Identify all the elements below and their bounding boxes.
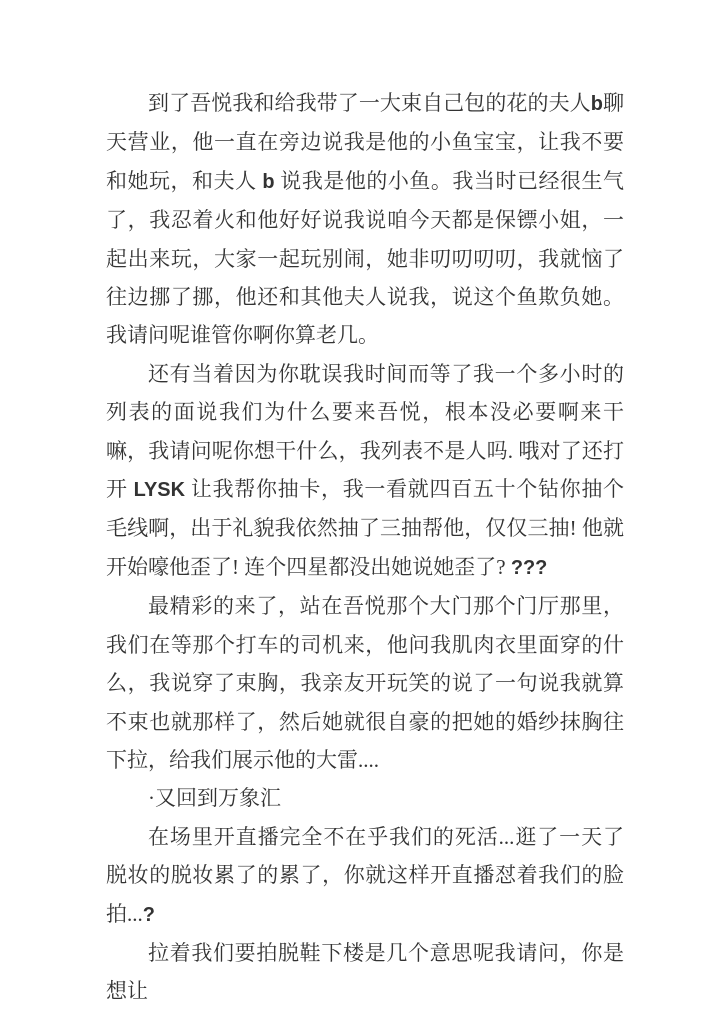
paragraph: 还有当着因为你耽误我时间而等了我一个多小时的列表的面说我们为什么要来吾悦，根本没…	[106, 355, 624, 587]
body-text: ·又回到万象汇	[148, 786, 281, 810]
paragraph: 最精彩的来了，站在吾悦那个大门那个门厅那里，我们在等那个打车的司机来，他问我肌肉…	[106, 587, 624, 779]
body-text: 到了吾悦我和给我带了一大束自己包的花的夫人	[148, 91, 591, 115]
document-page: 到了吾悦我和给我带了一大束自己包的花的夫人b聊天营业，他一直在旁边说我是他的小鱼…	[0, 0, 724, 1024]
emphasis-text: ???	[511, 557, 548, 579]
emphasis-text: b	[262, 171, 274, 193]
body-text: 在场里开直播完全不在乎我们的死活...逛了一天了脱妆的脱妆累了的累了，你就这样开…	[106, 825, 624, 926]
emphasis-text: LYSK	[134, 479, 185, 501]
body-text: 拉着我们要拍脱鞋下楼是几个意思呢我请问，你是想让	[106, 941, 624, 1003]
paragraph: 拉着我们要拍脱鞋下楼是几个意思呢我请问，你是想让	[106, 934, 624, 1011]
body-text: 最精彩的来了，站在吾悦那个大门那个门厅那里，我们在等那个打车的司机来，他问我肌肉…	[106, 594, 624, 772]
paragraph: ·又回到万象汇	[106, 779, 624, 817]
document-text: 到了吾悦我和给我带了一大束自己包的花的夫人b聊天营业，他一直在旁边说我是他的小鱼…	[106, 84, 624, 1011]
emphasis-text: b	[591, 93, 603, 115]
emphasis-text: ?	[143, 904, 155, 926]
body-text: 说我是他的小鱼。我当时已经很生气了，我忍着火和他好好说我说咱今天都是保镖小姐，一…	[106, 169, 624, 348]
paragraph: 到了吾悦我和给我带了一大束自己包的花的夫人b聊天营业，他一直在旁边说我是他的小鱼…	[106, 84, 624, 355]
paragraph: 在场里开直播完全不在乎我们的死活...逛了一天了脱妆的脱妆累了的累了，你就这样开…	[106, 818, 624, 934]
